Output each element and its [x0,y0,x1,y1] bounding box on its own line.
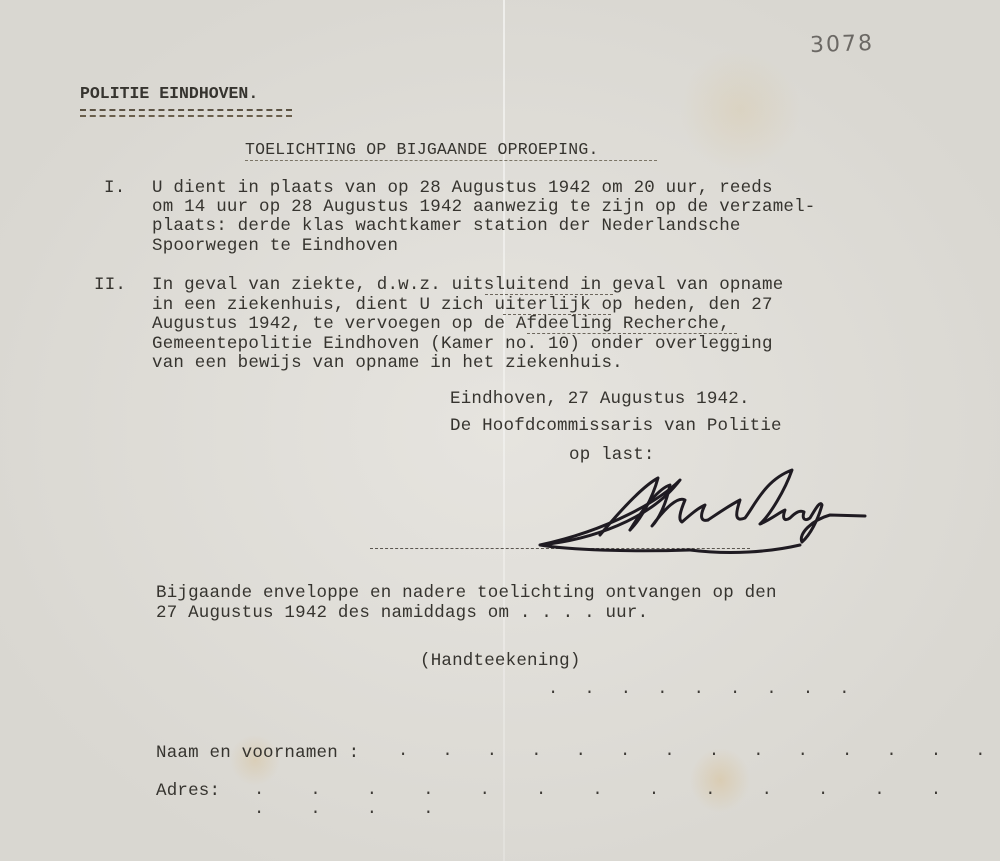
receipt-line-2: 27 Augustus 1942 des namiddags om . . . … [156,604,648,624]
section-2-line-2: in een ziekenhuis, dient U zich uiterlij… [152,296,773,316]
section-1-line-1: U dient in plaats van op 28 Augustus 194… [152,179,773,199]
signature-field[interactable]: . . . . . . . . . [548,680,857,699]
section-1-line-4: Spoorwegen te Eindhoven [152,237,398,257]
title-underline [245,160,657,161]
section-number-2: II. [94,276,126,296]
document-page: 3078 POLITIE EINDHOVEN. TOELICHTING OP B… [0,0,1000,861]
place-date: Eindhoven, 27 Augustus 1942. [450,390,750,410]
section-2-line-4: Gemeentepolitie Eindhoven (Kamer no. 10)… [152,335,773,355]
handwritten-signature [530,460,870,560]
name-field[interactable]: . . . . . . . . . . . . . . [398,742,997,761]
name-label: Naam en voornamen : [156,744,359,764]
section-2-line-5: van een bewijs van opname in het ziekenh… [152,354,623,374]
document-header: POLITIE EINDHOVEN. [80,84,258,104]
section-2-line-1: In geval van ziekte, d.w.z. uitsluitend … [152,276,783,296]
signatory-title: De Hoofdcommissaris van Politie [450,417,782,437]
address-field[interactable]: . . . . . . . . . . . . . . . . . [254,781,1000,819]
address-label: Adres: [156,782,220,802]
underline-afdeeling-recherche [527,333,737,334]
section-2-line-3: Augustus 1942, te vervoegen op de Afdeel… [152,315,730,335]
underline-uitsluitend [485,294,613,295]
underline-uiterlijk [503,314,611,315]
archive-number: 3078 [810,31,875,58]
signature-label: (Handteekening) [420,652,581,672]
receipt-line-1: Bijgaande enveloppe en nadere toelichtin… [156,584,777,604]
section-number-1: I. [104,179,125,199]
section-1-line-2: om 14 uur op 28 Augustus 1942 aanwezig t… [152,198,816,218]
header-double-rule [80,109,292,117]
document-title: TOELICHTING OP BIJGAANDE OPROEPING. [245,140,599,160]
section-1-line-3: plaats: derde klas wachtkamer station de… [152,217,741,237]
